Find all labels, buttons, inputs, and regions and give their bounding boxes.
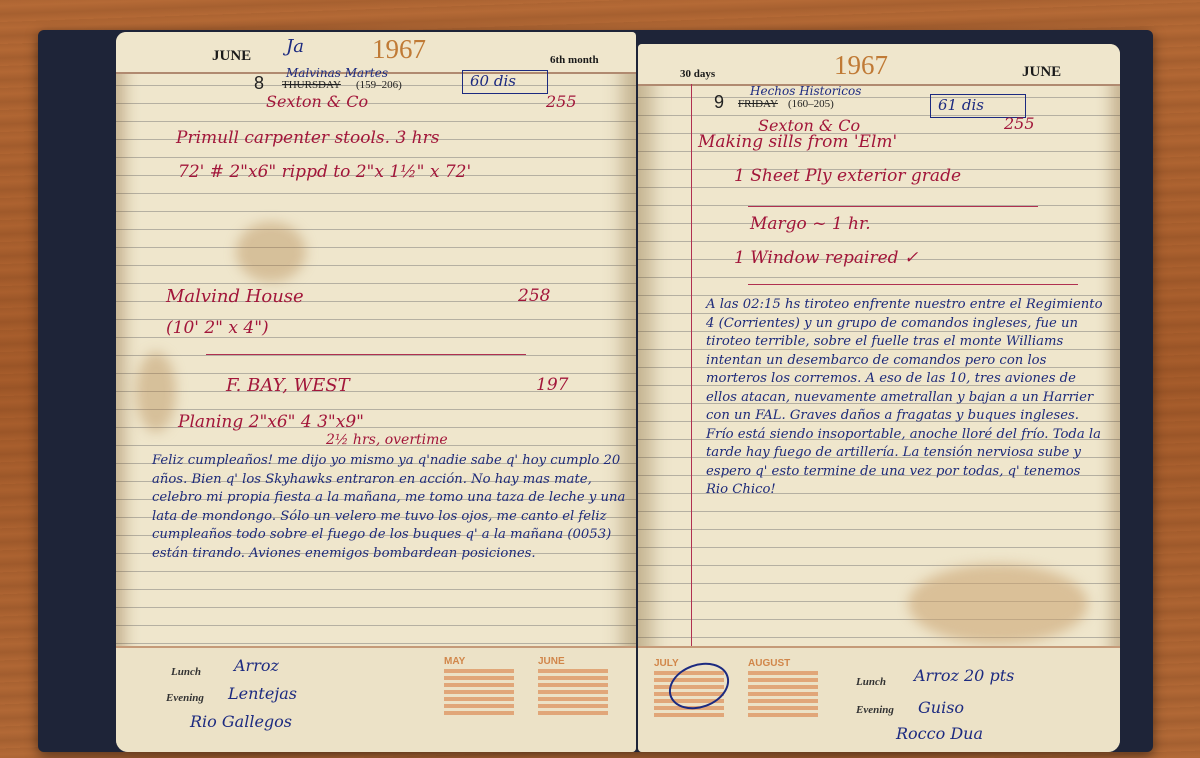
extra-line: Rio Gallegos <box>190 712 292 731</box>
boxed-note: 60 dis <box>470 72 516 90</box>
extra-line: Rocco Dua <box>896 724 983 743</box>
journal-entry: Feliz cumpleaños! me dijo yo mismo ya q'… <box>152 452 628 648</box>
days-in-month: 30 days <box>680 68 715 80</box>
lunch-value: Arroz <box>234 656 279 675</box>
left-page: JUNE Ja 1967 6th month 8 THURSDAY (159–2… <box>116 32 636 752</box>
evening-value: Lentejas <box>228 684 297 703</box>
day-number: 9 <box>714 92 724 113</box>
entry-line: Malvind House <box>166 286 304 307</box>
entry-line: Margo ~ 1 hr. <box>750 214 871 234</box>
mini-calendar: JUNE <box>538 656 608 717</box>
stain <box>236 222 306 282</box>
boxed-note: 61 dis <box>938 96 984 114</box>
entry-line: Planing 2"x6" 4 3"x9" <box>178 412 364 432</box>
lunch-label: Lunch <box>856 676 886 688</box>
day-count: (159–206) <box>356 79 402 91</box>
entry-line: 1 Window repaired ✓ <box>734 248 918 268</box>
header-scribble: Ja <box>286 36 304 57</box>
entry-line: Making sills from 'Elm' <box>698 132 897 152</box>
evening-value: Guiso <box>918 698 964 717</box>
journal-entry: A las 02:15 hs tiroteo enfrente nuestro … <box>706 296 1106 586</box>
stain <box>136 352 176 432</box>
divider-line <box>748 206 1038 207</box>
diary-cover: JUNE Ja 1967 6th month 8 THURSDAY (159–2… <box>38 30 1153 752</box>
entry-line: F. BAY, WEST <box>226 375 350 396</box>
right-page: 30 days 1967 JUNE 9 FRIDAY (160–205) Hec… <box>638 44 1120 752</box>
evening-label: Evening <box>856 704 894 716</box>
entry-line: 1 Sheet Ply exterior grade <box>734 166 961 186</box>
year-label: 1967 <box>372 34 426 65</box>
entry-line: Sexton & Co <box>266 92 368 111</box>
left-page-footer: Lunch Arroz Evening Lentejas Rio Gallego… <box>116 646 636 752</box>
entry-line-number: 197 <box>536 375 568 395</box>
overwrite-top: Hechos Historicos <box>750 84 861 98</box>
divider-line <box>206 354 526 355</box>
entry-line: 72' # 2"x6" rippd to 2"x 1½" x 72' <box>178 162 471 182</box>
day-number: 8 <box>254 73 264 94</box>
entry-line: Primull carpenter stools. 3 hrs <box>176 128 439 148</box>
right-page-header: 30 days 1967 JUNE <box>638 44 1120 86</box>
entry-line-number: 255 <box>546 92 577 111</box>
mini-calendar: MAY <box>444 656 514 717</box>
divider-line <box>748 284 1078 285</box>
margin-line <box>691 84 692 664</box>
entry-line: (10' 2" x 4") <box>166 318 269 338</box>
month-label: JUNE <box>212 48 251 65</box>
evening-label: Evening <box>166 692 204 704</box>
mini-calendar: AUGUST <box>748 658 818 719</box>
month-ordinal: 6th month <box>550 54 599 66</box>
day-name: FRIDAY <box>738 98 778 110</box>
lunch-value: Arroz 20 pts <box>914 666 1014 685</box>
entry-line-number: 255 <box>1004 114 1035 133</box>
entry-line-number: 258 <box>518 286 550 306</box>
day-count: (160–205) <box>788 98 834 110</box>
year-label: 1967 <box>834 50 888 81</box>
right-page-footer: JULY AUGUST Lunch Arroz 20 pts Evening G… <box>638 646 1120 752</box>
entry-line: 2½ hrs, overtime <box>326 432 448 448</box>
day-name: THURSDAY <box>282 79 341 91</box>
month-label: JUNE <box>1022 64 1061 81</box>
overwrite-top: Malvinas Martes <box>286 66 388 80</box>
lunch-label: Lunch <box>171 666 201 678</box>
